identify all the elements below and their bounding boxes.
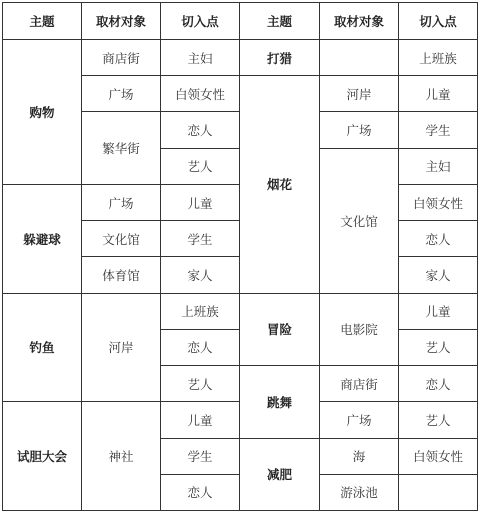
subject-cell: 电影院	[319, 293, 399, 366]
angle-cell: 学生	[398, 111, 478, 148]
angle-cell: 白领女性	[160, 75, 240, 112]
angle-cell: 儿童	[160, 401, 240, 438]
subject-cell	[319, 39, 399, 76]
subject-cell: 广场	[319, 401, 399, 438]
theme-cell: 试胆大会	[2, 401, 82, 511]
angle-cell: 恋人	[398, 365, 478, 402]
angle-cell: 艺人	[398, 329, 478, 366]
angle-cell: 儿童	[160, 184, 240, 221]
subject-cell: 游泳池	[319, 474, 399, 511]
subject-cell: 商店街	[319, 365, 399, 402]
topic-table: 主题取材对象切入点主题取材对象切入点购物躲避球钓鱼试胆大会商店街广场繁华街广场文…	[3, 3, 477, 511]
theme-cell: 烟花	[239, 75, 320, 293]
theme-cell: 跳舞	[239, 365, 320, 438]
angle-cell: 家人	[398, 256, 478, 293]
angle-cell: 家人	[160, 256, 240, 293]
subject-cell: 河岸	[319, 75, 399, 112]
angle-cell: 恋人	[160, 329, 240, 366]
angle-cell: 儿童	[398, 293, 478, 330]
angle-cell: 主妇	[160, 39, 240, 76]
angle-cell: 恋人	[160, 111, 240, 148]
subject-cell: 文化馆	[319, 148, 399, 294]
angle-cell	[398, 474, 478, 511]
theme-cell: 打猎	[239, 39, 320, 76]
subject-cell: 体育馆	[81, 256, 161, 293]
angle-cell: 主妇	[398, 148, 478, 185]
angle-cell: 恋人	[160, 474, 240, 511]
subject-cell: 商店街	[81, 39, 161, 76]
subject-cell: 广场	[81, 184, 161, 221]
subject-cell: 神社	[81, 401, 161, 511]
theme-cell: 钓鱼	[2, 293, 82, 403]
theme-cell: 购物	[2, 39, 82, 185]
theme-cell: 躲避球	[2, 184, 82, 294]
subject-cell: 广场	[319, 111, 399, 148]
column-header: 切入点	[160, 2, 240, 40]
theme-cell: 减肥	[239, 438, 320, 511]
angle-cell: 白领女性	[398, 184, 478, 221]
column-header: 取材对象	[81, 2, 161, 40]
angle-cell: 儿童	[398, 75, 478, 112]
angle-cell: 上班族	[160, 293, 240, 330]
angle-cell: 学生	[160, 220, 240, 257]
theme-cell: 冒险	[239, 293, 320, 366]
angle-cell: 艺人	[160, 148, 240, 185]
subject-cell: 繁华街	[81, 111, 161, 184]
column-header: 主题	[239, 2, 320, 40]
angle-cell: 白领女性	[398, 438, 478, 475]
subject-cell: 广场	[81, 75, 161, 112]
subject-cell: 文化馆	[81, 220, 161, 257]
angle-cell: 学生	[160, 438, 240, 475]
angle-cell: 恋人	[398, 220, 478, 257]
column-header: 主题	[2, 2, 82, 40]
angle-cell: 上班族	[398, 39, 478, 76]
subject-cell: 海	[319, 438, 399, 475]
column-header: 取材对象	[319, 2, 399, 40]
subject-cell: 河岸	[81, 293, 161, 403]
column-header: 切入点	[398, 2, 478, 40]
angle-cell: 艺人	[160, 365, 240, 402]
angle-cell: 艺人	[398, 401, 478, 438]
